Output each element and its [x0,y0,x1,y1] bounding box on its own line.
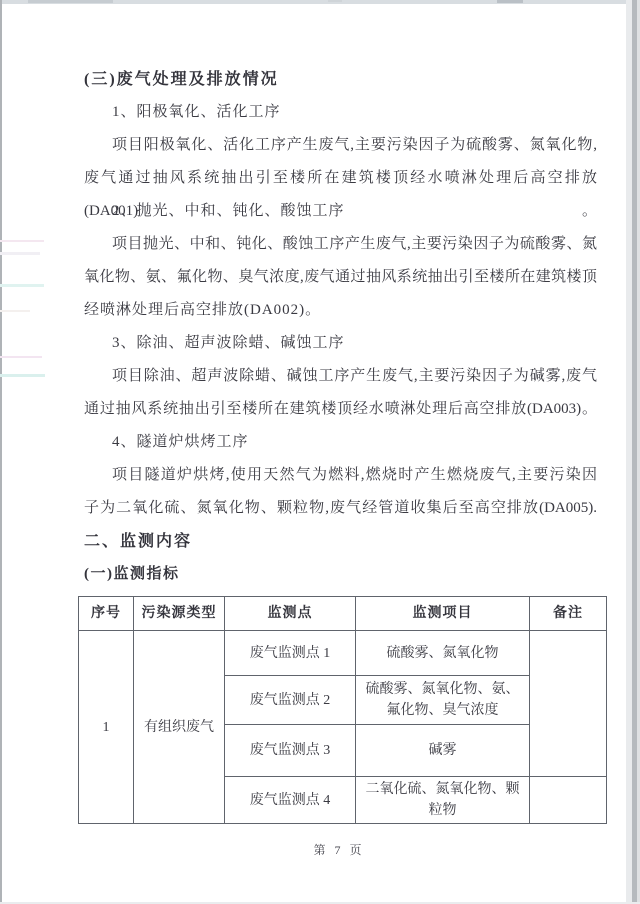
column-header-point: 监测点 [225,597,356,631]
page-number: 第 7 页 [313,841,364,858]
monitoring-items-cell: 硫酸雾、氮氧化物 [356,631,530,676]
monitoring-items-cell: 硫酸雾、氮氧化物、氨、氟化物、臭气浓度 [356,676,530,725]
column-header-source-type: 污染源类型 [134,597,225,631]
section-3-heading: (三)废气处理及排放情况 [84,63,597,96]
paragraph-line: 项目除油、超声波除蜡、碱蚀工序产生废气,主要污染因子为碱雾,废气 [84,360,597,393]
paragraph-line: 经喷淋处理后高空排放(DA002)。 [84,294,597,327]
paragraph-line: 子为二氧化硫、氮氧化物、颗粒物,废气经管道收集后至高空排放(DA005). [84,492,597,525]
paragraph-line: 项目阳极氧化、活化工序产生废气,主要污染因子为硫酸雾、氮氧化物, [84,129,597,162]
table-row: 1 有组织废气 废气监测点 1 硫酸雾、氮氧化物 [79,631,607,676]
scanned-report-page: { "document": { "heading1": "(三)废气处理及排放情… [0,0,640,904]
column-header-remark: 备注 [530,597,607,631]
monitoring-table: 序号 污染源类型 监测点 监测项目 备注 1 有组织废气 废气监测点 1 硫酸雾… [78,596,607,824]
document-body: (三)废气处理及排放情况 1、阳极氧化、活化工序 项目阳极氧化、活化工序产生废气… [0,0,640,824]
paragraph-line: 项目抛光、中和、钝化、酸蚀工序产生废气,主要污染因子为硫酸雾、氮 [84,228,597,261]
paragraph-line: 氧化物、氨、氟化物、臭气浓度,废气通过抽风系统抽出引至楼所在建筑楼顶 [84,261,597,294]
remark-cell [530,631,607,777]
table-header-row: 序号 污染源类型 监测点 监测项目 备注 [79,597,607,631]
process-3-title: 3、除油、超声波除蜡、碱蚀工序 [84,327,597,360]
monitoring-point-cell: 废气监测点 4 [225,777,356,824]
column-header-seq: 序号 [79,597,134,631]
monitoring-point-cell: 废气监测点 3 [225,725,356,777]
source-type-cell: 有组织废气 [134,631,225,824]
column-header-items: 监测项目 [356,597,530,631]
monitoring-items-cell: 碱雾 [356,725,530,777]
seq-cell: 1 [79,631,134,824]
section-2-heading: 二、监测内容 [84,525,597,558]
paragraph-line: 项目隧道炉烘烤,使用天然气为燃料,燃烧时产生燃烧废气,主要污染因 [84,459,597,492]
paragraph-line: 废气通过抽风系统抽出引至楼所在建筑楼顶经水喷淋处理后高空排放(DA001)。 [84,162,597,195]
process-4-title: 4、隧道炉烘烤工序 [84,426,597,459]
remark-cell [530,777,607,824]
process-1-title: 1、阳极氧化、活化工序 [84,96,597,129]
monitoring-items-cell: 二氧化硫、氮氧化物、颗粒物 [356,777,530,824]
monitoring-point-cell: 废气监测点 2 [225,676,356,725]
subsection-1-heading: (一)监测指标 [84,558,597,591]
paragraph-line: 通过抽风系统抽出引至楼所在建筑楼顶经水喷淋处理后高空排放(DA003)。 [84,393,597,426]
monitoring-point-cell: 废气监测点 1 [225,631,356,676]
